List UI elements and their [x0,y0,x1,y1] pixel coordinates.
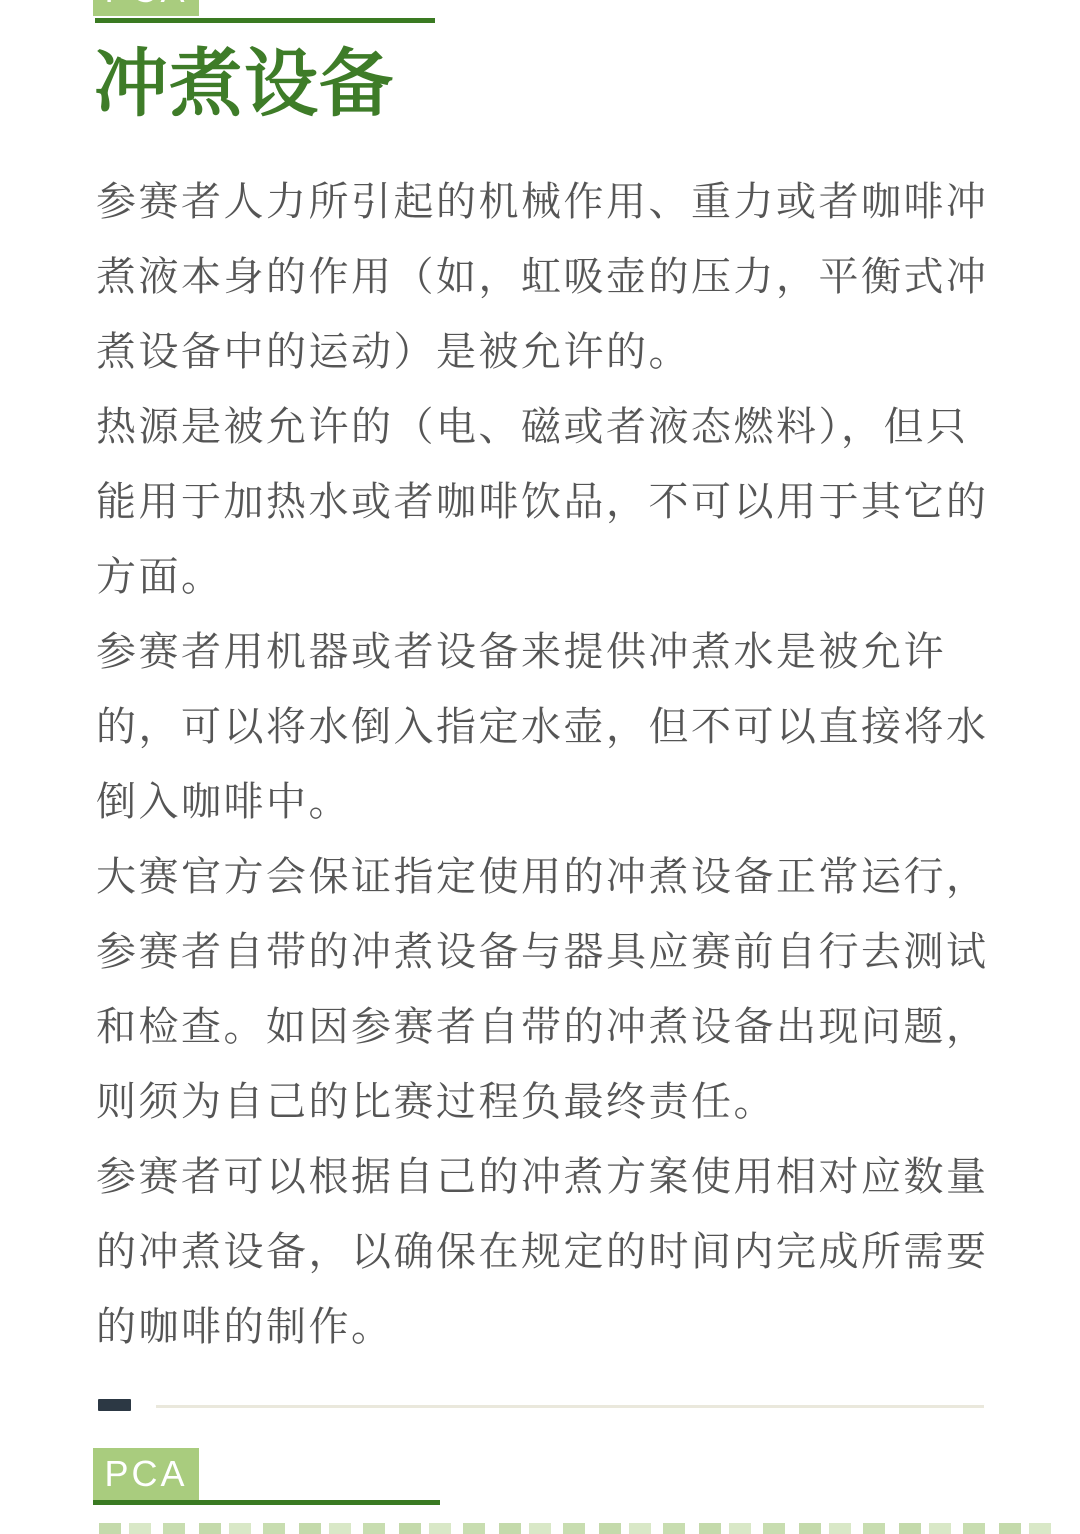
paragraph-4: 大赛官方会保证指定使用的冲煮设备正常运行， 参赛者自带的冲煮设备与器具应赛前自行… [96,840,1006,1140]
article-page: PCA 冲煮设备 参赛者人力所引起的机械作用、重力或者咖啡冲 煮液本身的作用（如… [0,0,1080,1534]
paragraph-1: 参赛者人力所引起的机械作用、重力或者咖啡冲 煮液本身的作用（如，虹吸壶的压力，平… [96,165,1006,390]
pca-badge-top: PCA [93,0,199,16]
pca-badge-bottom: PCA [93,1448,199,1500]
divider-dash [98,1399,131,1411]
paragraph-2: 热源是被允许的（电、磁或者液态燃料），但只 能用于加热水或者咖啡饮品，不可以用于… [96,390,1006,615]
section-underline-bottom [93,1500,440,1505]
paragraph-5: 参赛者可以根据自己的冲煮方案使用相对应数量 的冲煮设备，以确保在规定的时间内完成… [96,1140,1006,1365]
section-title: 冲煮设备 [94,40,394,128]
pca-badge-top-label: PCA [104,0,187,11]
clipped-next-heading-sliver [99,1523,1051,1534]
paragraph-3: 参赛者用机器或者设备来提供冲煮水是被允许 的，可以将水倒入指定水壶，但不可以直接… [96,615,1006,840]
section-underline-top [95,18,435,23]
article-body: 参赛者人力所引起的机械作用、重力或者咖啡冲 煮液本身的作用（如，虹吸壶的压力，平… [96,165,1006,1365]
divider-rule [156,1405,984,1408]
pca-badge-bottom-label: PCA [104,1453,187,1495]
